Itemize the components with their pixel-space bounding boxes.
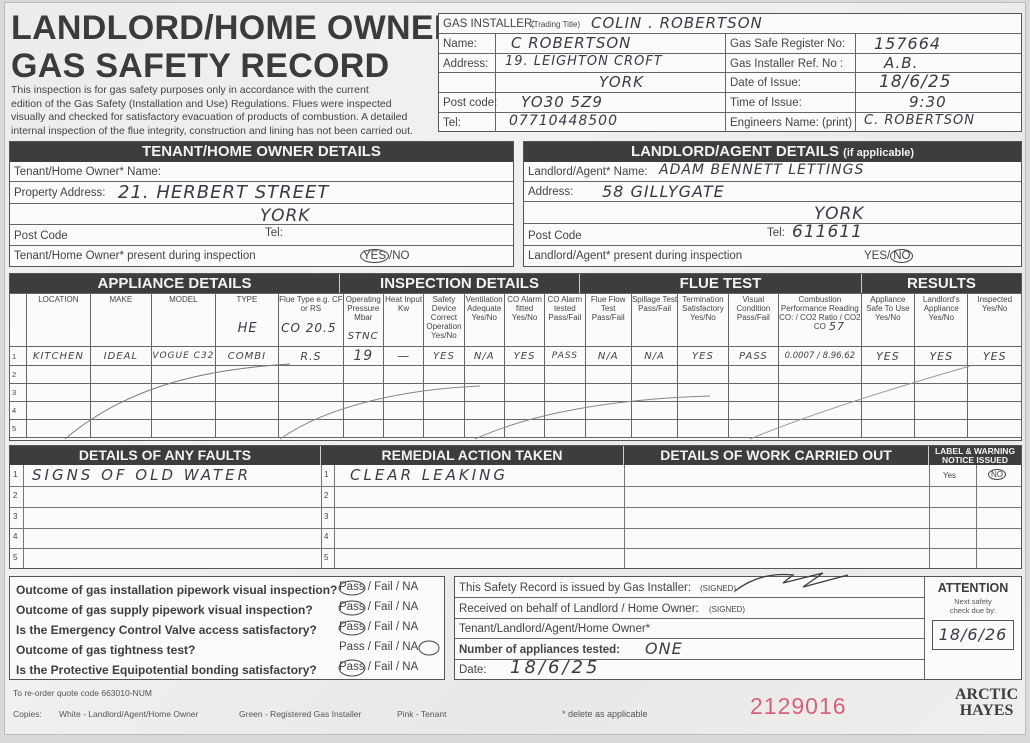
tenant-address-line2[interactable]: YORK (260, 206, 310, 226)
landlord-postcode-row[interactable]: Post Code Tel: 611611 (524, 224, 1021, 246)
time-issue-value[interactable]: 9:30 (909, 93, 947, 111)
landlord-address-line2[interactable]: YORK (814, 204, 864, 224)
address-label: Address: (443, 58, 488, 70)
date-value[interactable]: 18/6/25 (510, 657, 600, 678)
trading-title-sublabel: (Trading Title) (531, 20, 580, 29)
installer-signature (733, 569, 853, 597)
landlord-present-no[interactable]: NO (890, 249, 913, 263)
register-label: Gas Safe Register No: (730, 38, 845, 50)
landlord-heading-sub: (if applicable) (843, 147, 914, 159)
party-row[interactable]: Tenant/Landlord/Agent/Home Owner* (455, 619, 925, 639)
received-label: Received on behalf of Landlord / Home Ow… (459, 603, 699, 615)
fault-row-number: 4 (13, 532, 17, 541)
tenant-address-row[interactable]: Property Address: 21. HERBERT STREET (10, 182, 513, 204)
remedial-row-number: 1 (324, 470, 328, 479)
strike-through-lines (10, 274, 1021, 440)
fault-row-number: 3 (13, 512, 17, 521)
remedial-row-1[interactable]: CLEAR LEAKING (350, 466, 508, 484)
landlord-postcode-label: Post Code (528, 230, 582, 242)
landlord-details-box: LANDLORD/AGENT DETAILS (if applicable) L… (523, 141, 1022, 267)
date-issue-label: Date of Issue: (730, 77, 801, 89)
party-label: Tenant/Landlord/Agent/Home Owner* (459, 623, 650, 635)
tenant-address-line1[interactable]: 21. HERBERT STREET (118, 182, 329, 203)
selection-marks (10, 577, 444, 679)
tenant-name-label: Tenant/Home Owner* Name: (14, 166, 161, 178)
landlord-present-row: Landlord/Agent* present during inspectio… (524, 246, 1021, 266)
remedial-row-number: 2 (324, 491, 328, 500)
brand-line2: HAYES (955, 703, 1018, 719)
engineer-label: Engineers Name: (print) (730, 117, 852, 129)
tenant-present-row: Tenant/Home Owner* present during inspec… (10, 246, 513, 266)
installer-tel-value[interactable]: 07710448500 (509, 113, 618, 129)
divider (321, 465, 322, 568)
tenant-present-yes[interactable]: YES (360, 249, 389, 263)
landlord-tel-value[interactable]: 611611 (792, 222, 863, 242)
warning-notice-heading-line2: NOTICE ISSUED (929, 456, 1021, 465)
fault-row-number: 5 (13, 553, 17, 562)
checks-box: Outcome of gas installation pipework vis… (9, 576, 445, 680)
row-divider (10, 507, 1021, 508)
fault-row-1[interactable]: SIGNS OF OLD WATER (32, 466, 251, 484)
faults-heading: DETAILS OF ANY FAULTS (10, 446, 321, 465)
landlord-heading: LANDLORD/AGENT DETAILS (if applicable) (524, 142, 1021, 162)
issued-sublabel: (SIGNED) (700, 584, 736, 593)
warning-notice-yes[interactable]: Yes (943, 471, 956, 480)
trading-title-label: GAS INSTALLER: (443, 18, 535, 30)
trading-title-value[interactable]: COLIN . ROBERTSON (591, 14, 763, 32)
issued-row[interactable]: This Safety Record is issued by Gas Inst… (455, 577, 925, 598)
issued-label: This Safety Record is issued by Gas Inst… (459, 582, 691, 594)
landlord-tel-label: Tel: (767, 227, 785, 239)
row-divider (10, 486, 1021, 487)
appliances-tested-label: Number of appliances tested: (459, 644, 620, 656)
installer-address-line1[interactable]: 19. LEIGHTON CROFT (505, 54, 663, 69)
tenant-postcode-label: Post Code (14, 230, 68, 242)
fault-row-number: 1 (13, 470, 17, 479)
tenant-tel-label: Tel: (265, 227, 283, 239)
landlord-present-toggle[interactable]: YES/NO (864, 250, 913, 262)
gas-safety-record-form: LANDLORD/HOME OWNER GAS SAFETY RECORD Th… (4, 2, 1026, 735)
installer-details-box: GAS INSTALLER: (Trading Title) COLIN . R… (438, 13, 1022, 132)
brand-logo: ARCTIC HAYES (955, 687, 1018, 719)
installer-name-value[interactable]: C ROBERTSON (511, 34, 631, 52)
tenant-present-label: Tenant/Home Owner* present during inspec… (14, 250, 256, 262)
remedial-row-number: 4 (324, 532, 328, 541)
divider (334, 465, 335, 568)
postcode-label: Post code: (443, 97, 497, 109)
received-row[interactable]: Received on behalf of Landlord / Home Ow… (455, 598, 925, 619)
tenant-present-toggle[interactable]: YES/NO (360, 250, 409, 262)
landlord-address-row[interactable]: Address: 58 GILLYGATE (524, 182, 1021, 202)
tel-label: Tel: (443, 117, 461, 129)
copy-pink: Pink - Tenant (397, 709, 446, 719)
intro-line: This inspection is for gas safety purpos… (11, 84, 431, 98)
landlord-address-label: Address: (528, 186, 573, 198)
next-check-due-field[interactable]: 18/6/26 (932, 620, 1014, 650)
row-divider (10, 548, 1021, 549)
installer-address-line2[interactable]: YORK (599, 73, 644, 91)
received-sublabel: (SIGNED) (709, 605, 745, 614)
attention-sub-line2: check due by: (925, 606, 1021, 615)
tenant-postcode-row[interactable]: Post Code Tel: (10, 225, 513, 246)
date-row[interactable]: Date: 18/6/25 (455, 660, 925, 679)
form-title-line1: LANDLORD/HOME OWNER (11, 9, 459, 47)
engineer-value[interactable]: C. ROBERTSON (864, 113, 975, 128)
row-divider (10, 528, 1021, 529)
attention-sub-line1: Next safety (925, 597, 1021, 606)
name-label: Name: (443, 38, 477, 50)
divider (929, 465, 930, 568)
register-value[interactable]: 157664 (874, 34, 941, 53)
landlord-name-label: Landlord/Agent* Name: (528, 166, 648, 178)
tenant-heading: TENANT/HOME OWNER DETAILS (10, 142, 513, 162)
appliance-table: APPLIANCE DETAILS INSPECTION DETAILS FLU… (9, 273, 1022, 441)
faults-section: DETAILS OF ANY FAULTS REMEDIAL ACTION TA… (9, 445, 1022, 569)
intro-line: visually and checked for satisfactory ev… (11, 111, 431, 125)
fault-row-number: 2 (13, 491, 17, 500)
copy-white: White - Landlord/Agent/Home Owner (59, 709, 198, 719)
tenant-address-row-2[interactable]: YORK (10, 204, 513, 225)
work-heading: DETAILS OF WORK CARRIED OUT (624, 446, 929, 465)
landlord-name-value[interactable]: ADAM BENNETT LETTINGS (659, 162, 864, 178)
attention-panel: ATTENTION Next safety check due by: 18/6… (925, 577, 1021, 679)
intro-text: This inspection is for gas safety purpos… (11, 84, 431, 138)
delete-note: * delete as applicable (562, 709, 648, 719)
date-issue-value[interactable]: 18/6/25 (879, 72, 952, 92)
intro-line: edition of the Gas Safety (Installation … (11, 98, 431, 112)
tenant-present-no[interactable]: NO (392, 250, 409, 262)
signoff-box: This Safety Record is issued by Gas Inst… (454, 576, 1022, 680)
attention-sub: Next safety check due by: (925, 597, 1021, 615)
date-label: Date: (459, 664, 487, 676)
tenant-name-row[interactable]: Tenant/Home Owner* Name: (10, 162, 513, 182)
landlord-heading-text: LANDLORD/AGENT DETAILS (631, 143, 839, 160)
landlord-present-label: Landlord/Agent* present during inspectio… (528, 250, 742, 262)
copies-label: Copies: (13, 709, 42, 719)
landlord-address-line1[interactable]: 58 GILLYGATE (602, 182, 725, 201)
warning-notice-no[interactable]: NO (988, 469, 1006, 480)
landlord-address-row-2[interactable]: YORK (524, 202, 1021, 224)
time-issue-label: Time of Issue: (730, 97, 802, 109)
divider (976, 465, 977, 568)
form-title-line2: GAS SAFETY RECORD (11, 47, 390, 85)
tenant-address-label: Property Address: (14, 187, 105, 199)
ref-label: Gas Installer Ref. No : (730, 58, 843, 70)
intro-line: internal inspection of the flue integrit… (11, 125, 431, 139)
divider (624, 465, 625, 568)
remedial-row-number: 5 (324, 553, 328, 562)
divider (23, 465, 24, 568)
ref-value[interactable]: A.B. (884, 54, 918, 72)
remedial-heading: REMEDIAL ACTION TAKEN (321, 446, 624, 465)
tenant-details-box: TENANT/HOME OWNER DETAILS Tenant/Home Ow… (9, 141, 514, 267)
attention-heading: ATTENTION (925, 581, 1021, 595)
landlord-name-row[interactable]: Landlord/Agent* Name: ADAM BENNETT LETTI… (524, 162, 1021, 182)
landlord-present-yes[interactable]: YES (864, 250, 887, 262)
installer-postcode-value[interactable]: YO30 5Z9 (521, 93, 603, 111)
appliances-tested-value[interactable]: ONE (645, 639, 683, 658)
warning-notice-heading: LABEL & WARNING NOTICE ISSUED (929, 446, 1021, 465)
reorder-code: To re-order quote code 663010-NUM (13, 688, 152, 698)
serial-number: 2129016 (750, 693, 847, 720)
trading-title-row[interactable]: GAS INSTALLER: (Trading Title) COLIN . R… (439, 14, 1021, 34)
remedial-row-number: 3 (324, 512, 328, 521)
brand-line1: ARCTIC (955, 687, 1018, 703)
copy-green: Green - Registered Gas Installer (239, 709, 361, 719)
